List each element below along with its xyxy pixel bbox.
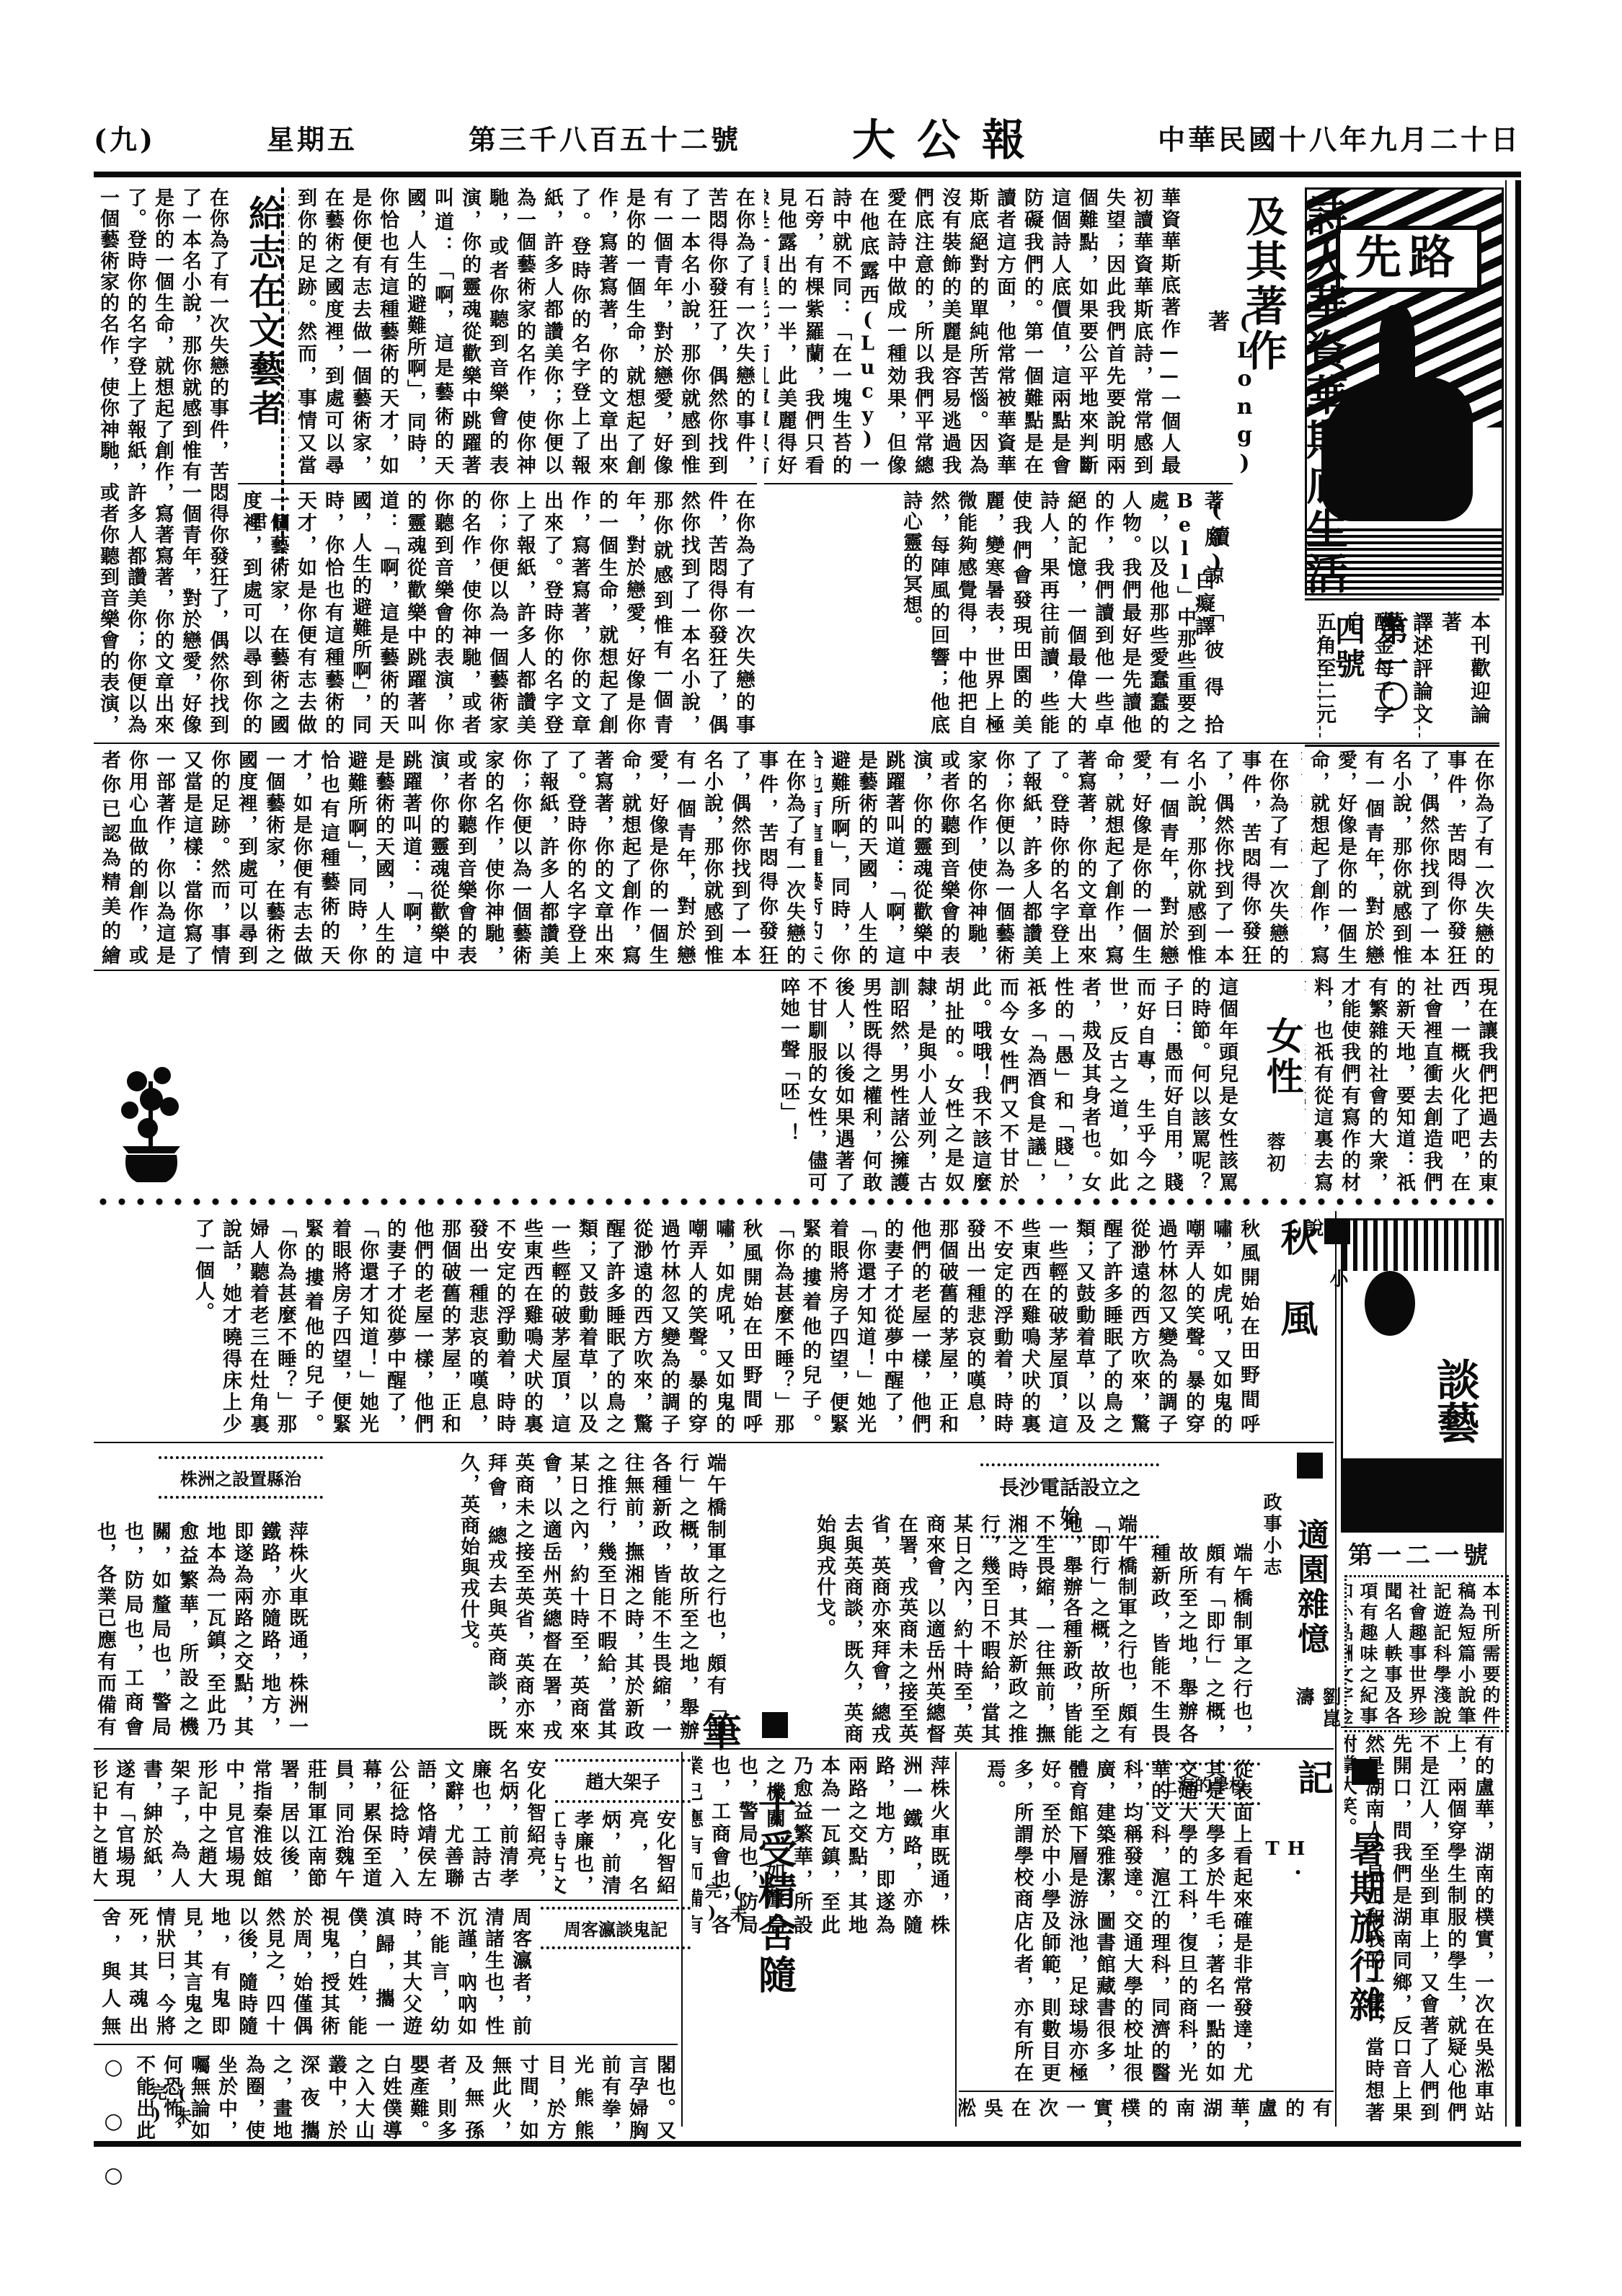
square-bullet-icon xyxy=(1324,1218,1350,1244)
row-divider xyxy=(764,483,1233,484)
bottom-rule xyxy=(94,2141,1521,2147)
shiyuan-author: 劉崑濤 xyxy=(1290,1687,1344,1745)
publication-date: 中華民國十八年九月二十日 xyxy=(1158,118,1521,157)
travel-body-3: 有的盧華，湖南的樸實，一次在吳淞車站上，兩個穿學生制服的學生，就疑心他們不是江人… xyxy=(959,2098,1334,2127)
curtain-icon xyxy=(1343,1220,1502,1271)
page-number: (九) xyxy=(94,118,156,157)
essay-body: 在你為了有一次失戀的事件，苦悶得你發狂了，偶然你找到了一本名小說，那你就感到惟有… xyxy=(288,187,757,476)
issue-number: 第三千八百五十二號 xyxy=(469,118,741,157)
tanyi-banner: 談藝 xyxy=(1341,1218,1504,1533)
shanghai-schools-body: 從表面上看起來確是非常發達，尤其是大學多於牛毛；著名一點的如交通大學的工科，復旦… xyxy=(966,1759,1254,2083)
right-frame xyxy=(1515,180,1521,2127)
jottings-continued: (未完) xyxy=(144,2083,195,2141)
women-article-author: 蓉初 xyxy=(1262,1132,1288,1189)
subheading-zhao-dajiazi: 趙大架子 xyxy=(555,1759,691,1803)
right-frame-inner xyxy=(1505,180,1507,2127)
essay-body-continued: 在你為了有一次失戀的事件，苦悶得你發狂了，偶然你找到了一本名小說，那你就感到惟有… xyxy=(815,750,1290,966)
article-byline: (Long)著 xyxy=(1200,310,1257,483)
article-body-wordsworth: 華資華斯底著作——一個人最初讀華資華斯底詩，常常感到失望；因此我們首先要說明兩個… xyxy=(764,187,1182,476)
man-head-icon xyxy=(1365,1271,1415,1336)
travel-author: H・T xyxy=(1262,1838,1310,1903)
fee-line-1: 酬金每千字自 xyxy=(1342,611,1395,727)
circle-ornaments-icon: ○○○ xyxy=(101,2055,126,2141)
shiyuan-intro: 端午橋制軍之行也，頗有「即行」之概，故所至之地，舉辦各種新政，皆能不生畏縮，一往… xyxy=(1146,1543,1254,1745)
ornamental-divider xyxy=(94,1197,1499,1207)
banner-title: 先路 xyxy=(1336,226,1481,292)
travel-body-right: 有的盧華，湖南的樸實，一次在吳淞車站上，兩個穿學生制服的學生，就疑心他們不是江人… xyxy=(1344,1734,1496,2123)
shiyuan-title-text: 適園雜憶 xyxy=(1292,1518,1329,1657)
xianlu-notice: 本刊歡迎論著 譯述評論文藝 第一〇四號 酬金每千字自 五角至二元 xyxy=(1305,598,1499,747)
zhao-dajiazi-intro: 安化智紹亮，名炳，前清孝廉也，工詩古文辭，尤善聯語，恪靖侯左公征捻時，入幕，累保… xyxy=(555,1809,678,1896)
section-divider xyxy=(94,1442,1334,1443)
shiyuan-title: 適園雜憶 xyxy=(1287,1453,1333,1683)
zhao-dajiazi-body: 安化智紹亮，名炳，前清孝廉也，工詩古文辭，尤善聯語，恪靖侯左公征捻時，入幕，累保… xyxy=(94,1759,548,1889)
essay-body-cont: 在你為了有一次失戀的事件，苦悶得你發狂了，偶然你找到了一本名小說，那你就感到惟有… xyxy=(94,187,231,735)
story-body-cont: 秋風開始在田野間呼嘯，如虎吼，又如鬼的嘲弄人的笑聲。暴的穿過竹林忽又變為的調子從… xyxy=(94,1218,764,1435)
square-bullet-icon xyxy=(1297,1453,1323,1479)
row-divider xyxy=(238,483,757,484)
tanyi-issue-number: 第一二一號 xyxy=(1341,1535,1499,1571)
column-divider xyxy=(955,1752,957,2127)
floral-vase-ornament-icon xyxy=(108,1060,195,1189)
notice-line-1: 本刊歡迎論著 xyxy=(1439,611,1492,727)
women-article-title: 女性 xyxy=(1254,1016,1308,1117)
masthead: (九) 星期五 第三千八百五十二號 大公報 中華民國十八年九月二十日 xyxy=(94,108,1521,166)
paper-name: 大公報 xyxy=(852,106,1047,168)
square-bullet-icon xyxy=(762,1712,788,1738)
essay-body-right: 在你為了有一次失戀的事件，苦悶得你發狂了，偶然你找到了一本名小說，那你就感到惟有… xyxy=(1301,750,1496,966)
fee-line-2: 五角至二元 xyxy=(1313,611,1337,727)
shiyuan-section: 政事小志 xyxy=(1258,1492,1285,1593)
essay-body-left: 在你為了有一次失戀的事件，苦悶得你發狂了，偶然你找到了一本名小說，那你就感到惟有… xyxy=(94,750,807,966)
tanyi-notice: 本刊所需要的件稿為短篇小說筆記遊記科學淺說社會趣事世界珍聞名人軼事及各項有趣味之… xyxy=(1344,1575,1509,1732)
article-body-wordsworth-2: 著原諒「彼得拾Bell」中那些重要之處，以及他那些愛蠢蠢的人物。我們最好是先讀他… xyxy=(764,490,1226,735)
women-article-body: 這個年頭兒是女性該罵的時節。何以該罵呢？子曰：愚而好自用，賤而好自專，生乎今之世… xyxy=(303,977,1240,1193)
changsha-telephone-body-cont: 端午橋制軍之行也，頗有「即行」之概，故所至之地，舉辦各種新政，皆能不生畏縮，一往… xyxy=(324,1453,728,1741)
subheading-ghost-stories: 周客瀛談鬼記 xyxy=(541,1907,691,1949)
banner-title: 談藝 xyxy=(1408,1329,1487,1473)
table-icon xyxy=(1343,1458,1502,1530)
ghost-stories-body: 周客瀛者，前清諸生也，性沉謹，吶吶如不能言，幼時，其大父遊滇歸，攜一僕，白姓，能… xyxy=(94,1907,533,2036)
story-title: 秋風 xyxy=(1269,1218,1323,1406)
zhuzhou-body: 萍株火車既通，株洲一鐵路，亦隨路，地方，即遂為兩路之交點，其地本為一瓦鎮，至此乃… xyxy=(94,1521,310,1737)
subheading-zhuzhou: 株洲之設置縣治 xyxy=(159,1456,323,1499)
section-divider xyxy=(94,743,1499,744)
newspaper-page: (九) 星期五 第三千八百五十二號 大公報 中華民國十八年九月二十日 先路 本刊… xyxy=(94,108,1521,2155)
changsha-telephone-body: 端午橋制軍之行也，頗有「即行」之概，故所至之地，舉辦各種新政，皆能不生畏縮，一往… xyxy=(735,1514,1139,1745)
jottings-closing: 閣也。又言孕婦胸前有拳，光熊熊目，於方寸間，如無此火，及無孫者，則多嬰產難。白姓… xyxy=(137,2055,678,2141)
weekday: 星期五 xyxy=(267,118,358,157)
row-divider xyxy=(959,2091,1334,2092)
essay-closing: 現在讓我們把過去的東西，一概火化了吧，在社會裡直衝去創造我們的新天地，要知道：祇… xyxy=(1305,977,1499,1193)
masthead-rule xyxy=(94,172,1521,177)
story-body: 秋風開始在田野間呼嘯，如虎吼，又如鬼的嘲弄人的笑聲。暴的穿過竹林忽又變為的調子從… xyxy=(771,1218,1262,1435)
section-divider xyxy=(94,970,1499,971)
shiyuan-continued: (未完) xyxy=(699,1881,750,1932)
row-divider xyxy=(94,1900,678,1901)
essay-body-lower: 在你為了有一次失戀的事件，苦悶得你發狂了，偶然你找到了一本名小說，那你就感到惟有… xyxy=(238,490,757,735)
row-divider xyxy=(1341,1727,1499,1728)
row-divider xyxy=(94,2044,678,2045)
